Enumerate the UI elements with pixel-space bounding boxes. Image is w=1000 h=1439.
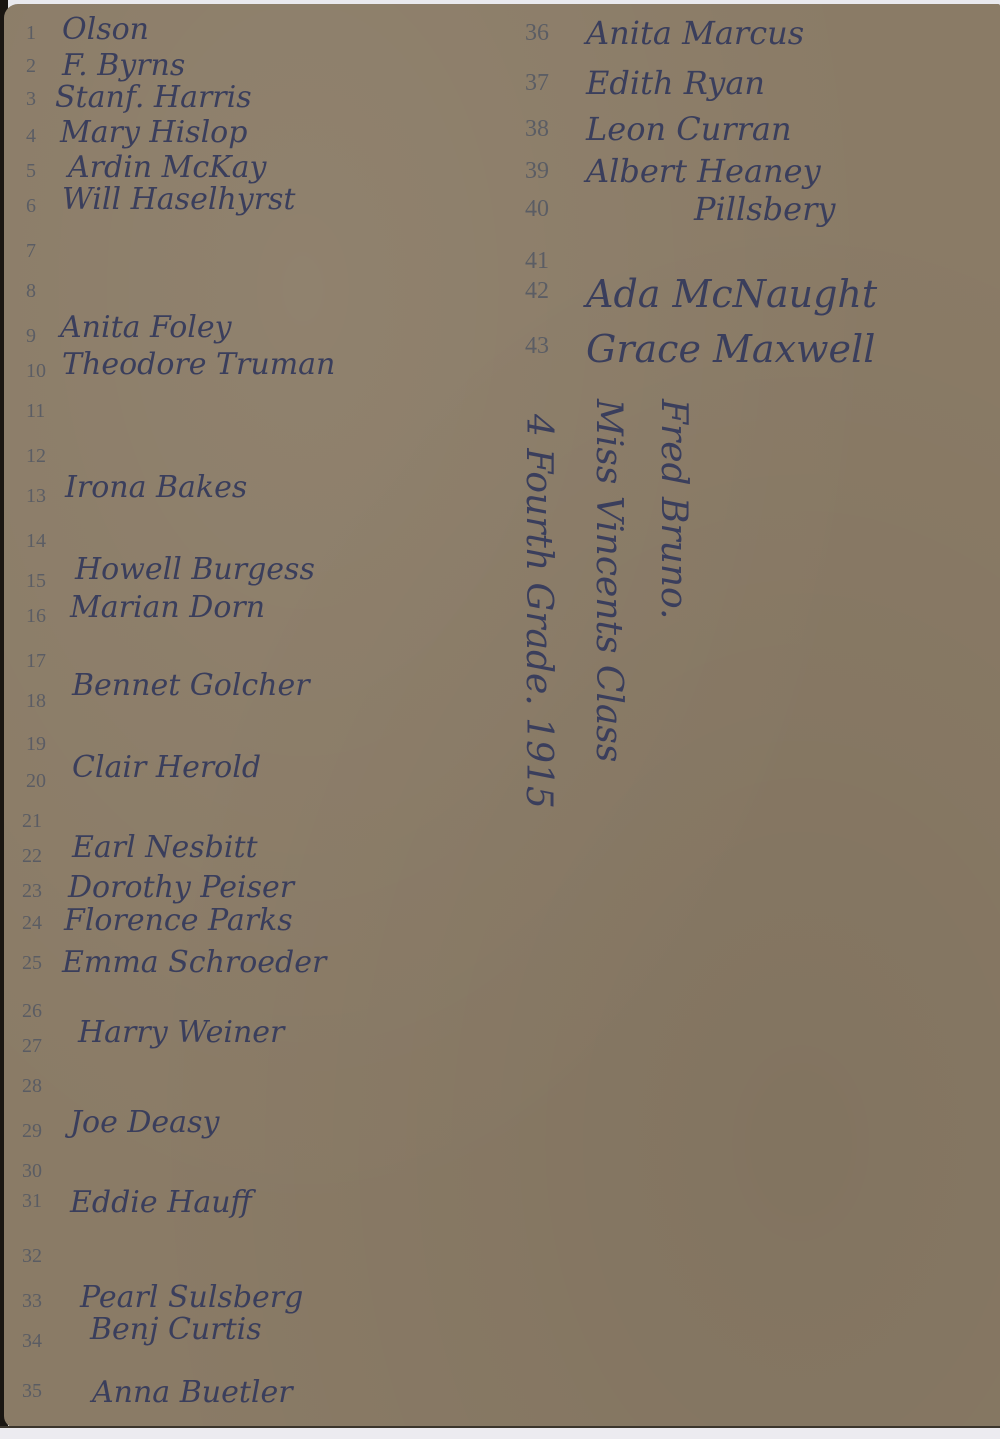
student-name: Anita Marcus: [586, 14, 804, 52]
vertical-note: Miss Vincents Class: [588, 399, 629, 762]
row-number: 4: [26, 125, 36, 148]
student-name: Ada McNaught: [586, 272, 877, 316]
student-name: Pearl Sulsberg: [80, 1280, 303, 1315]
row-number: 25: [22, 952, 42, 975]
student-name: F. Byrns: [62, 48, 185, 83]
row-number: 8: [26, 280, 36, 303]
row-number: 43: [525, 333, 549, 360]
row-number: 35: [22, 1380, 42, 1403]
row-number: 21: [22, 810, 42, 833]
roster-card: 1Olson2F. Byrns3Stanf. Harris4Mary Hislo…: [4, 4, 1000, 1428]
row-number: 2: [26, 55, 36, 78]
row-number: 42: [525, 278, 549, 305]
student-name: Theodore Truman: [62, 347, 335, 382]
row-number: 3: [26, 88, 36, 111]
row-number: 11: [26, 400, 45, 423]
student-name: Florence Parks: [64, 903, 293, 938]
row-number: 30: [22, 1160, 42, 1183]
student-name: Dorothy Peiser: [68, 870, 294, 905]
row-number: 41: [525, 248, 549, 275]
row-number: 10: [26, 360, 46, 383]
student-name: Stanf. Harris: [55, 80, 252, 115]
row-number: 32: [22, 1245, 42, 1268]
row-number: 24: [22, 912, 42, 935]
vertical-note: 4 Fourth Grade. 1915: [518, 414, 559, 809]
student-name: Benj Curtis: [90, 1312, 262, 1347]
student-name: Earl Nesbitt: [72, 830, 258, 865]
student-name: Ardin McKay: [68, 150, 266, 185]
student-name: Harry Weiner: [78, 1015, 284, 1050]
row-number: 26: [22, 1000, 42, 1023]
student-name: Irona Bakes: [65, 470, 247, 505]
student-name: Will Haselhyrst: [62, 182, 295, 217]
student-name: Bennet Golcher: [72, 668, 310, 703]
row-number: 13: [26, 485, 46, 508]
vertical-note: Fred Bruno.: [653, 399, 694, 620]
row-number: 37: [525, 70, 549, 97]
student-name: Grace Maxwell: [586, 327, 875, 371]
row-number: 14: [26, 530, 46, 553]
row-number: 28: [22, 1075, 42, 1098]
row-number: 12: [26, 445, 46, 468]
row-number: 5: [26, 160, 36, 183]
student-name: Albert Heaney: [586, 152, 821, 190]
row-number: 40: [525, 196, 549, 223]
student-name: Leon Curran: [586, 110, 792, 148]
student-name: Anita Foley: [60, 310, 232, 345]
row-number: 20: [26, 770, 46, 793]
row-number: 16: [26, 605, 46, 628]
row-number: 18: [26, 690, 46, 713]
student-name: Olson: [62, 12, 149, 47]
row-number: 22: [22, 845, 42, 868]
row-number: 29: [22, 1120, 42, 1143]
row-number: 39: [525, 158, 549, 185]
row-number: 17: [26, 650, 46, 673]
scan-bottom-edge: [0, 1426, 1000, 1439]
row-number: 6: [26, 195, 36, 218]
student-name: Marian Dorn: [70, 590, 265, 625]
row-number: 36: [525, 20, 549, 47]
row-number: 33: [22, 1290, 42, 1313]
row-number: 27: [22, 1035, 42, 1058]
student-name: Anna Buetler: [92, 1375, 293, 1410]
row-number: 31: [22, 1190, 42, 1213]
row-number: 9: [26, 325, 36, 348]
row-number: 38: [525, 116, 549, 143]
student-name: Eddie Hauff: [70, 1185, 252, 1220]
row-number: 7: [26, 240, 36, 263]
student-name: Clair Herold: [72, 750, 261, 785]
student-name: Mary Hislop: [60, 115, 247, 150]
row-number: 19: [26, 733, 46, 756]
student-name: Howell Burgess: [75, 552, 315, 587]
row-number: 15: [26, 570, 46, 593]
student-name: Emma Schroeder: [62, 945, 326, 980]
row-number: 23: [22, 880, 42, 903]
student-name: Joe Deasy: [70, 1105, 219, 1140]
student-name: Pillsbery: [694, 190, 835, 228]
row-number: 34: [22, 1330, 42, 1353]
row-number: 1: [26, 22, 36, 45]
student-name: Edith Ryan: [586, 64, 765, 102]
